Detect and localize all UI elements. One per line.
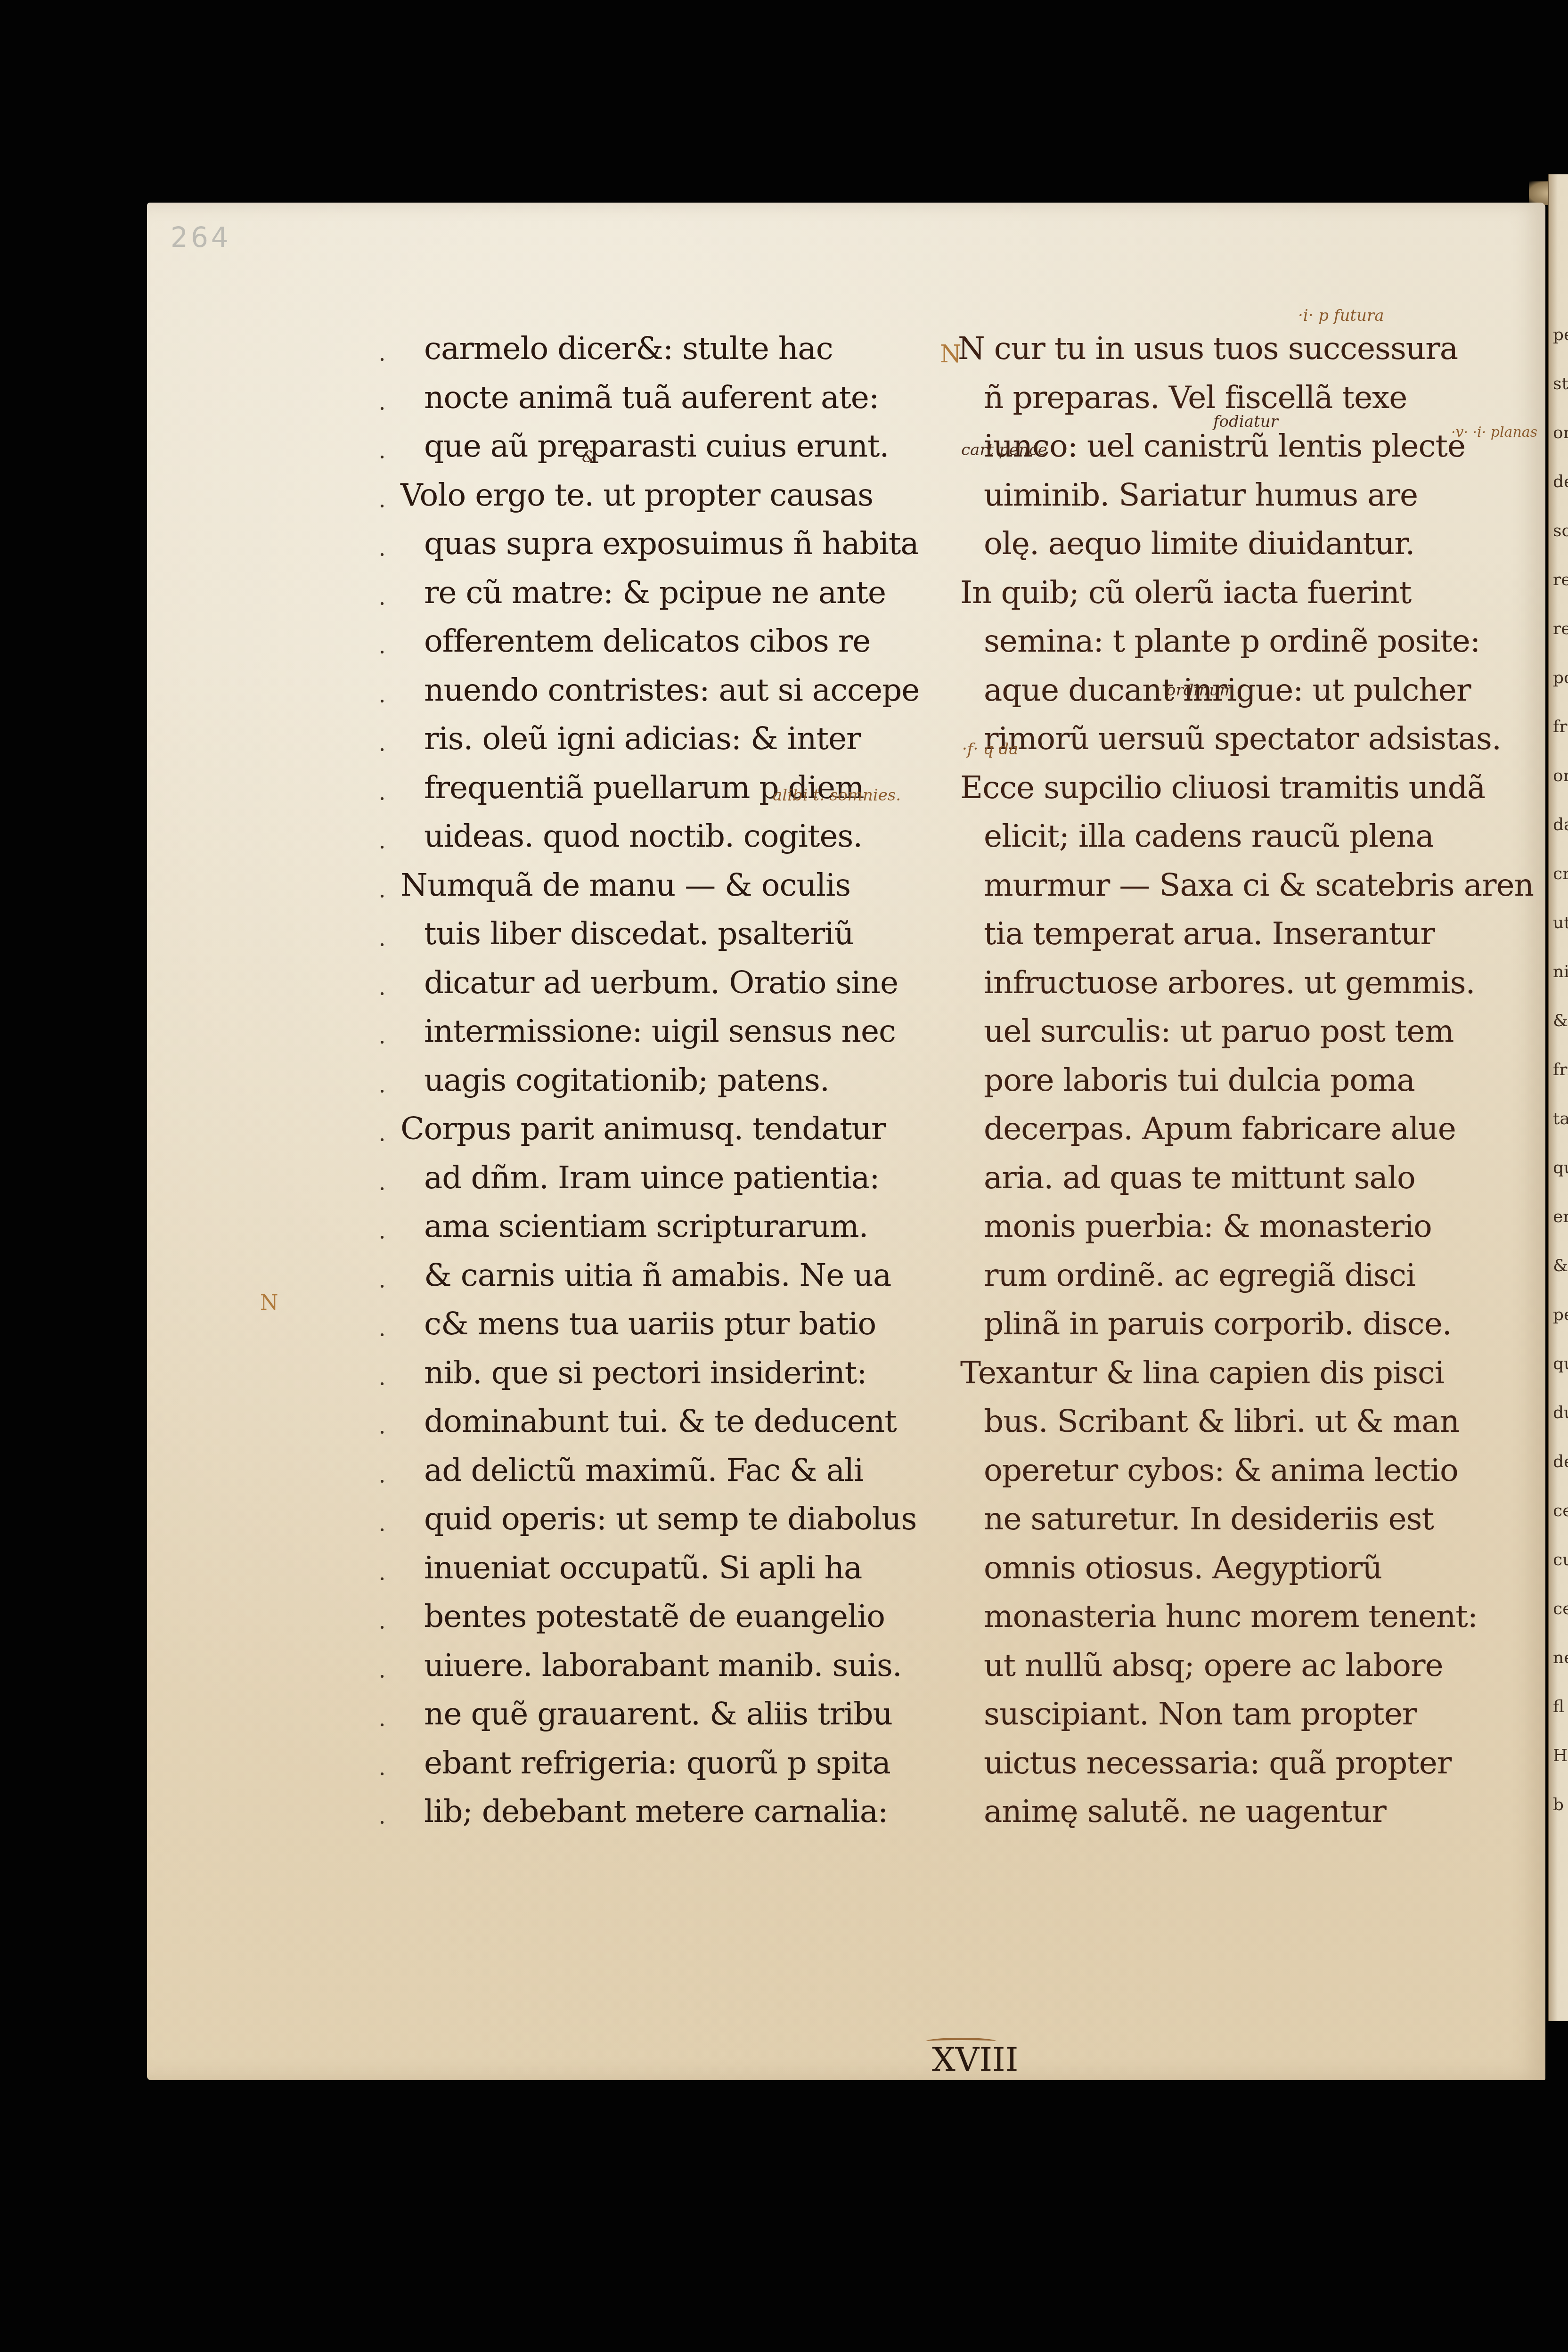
text-line: c& mens tua uariis ptur batio xyxy=(424,1305,876,1343)
text-line: uel surculis: ut paruo post tem xyxy=(984,1013,1454,1050)
pricking-mark xyxy=(381,553,384,556)
text-line: Ecce supcilio cliuosi tramitis undã xyxy=(960,769,1485,807)
pricking-mark xyxy=(381,456,384,458)
next-leaf-text-fragment: du xyxy=(1553,1403,1568,1422)
text-line: ama scientiam scripturarum. xyxy=(424,1208,868,1245)
text-line: ne saturetur. In desideriis est xyxy=(984,1500,1434,1538)
next-leaf-text-fragment: por xyxy=(1553,668,1568,687)
pricking-mark xyxy=(381,1675,384,1678)
text-line: murmur — Saxa ci & scatebris aren xyxy=(984,866,1534,904)
pricking-mark xyxy=(381,1528,384,1531)
text-line: Numquã de manu — & oculis xyxy=(400,866,850,904)
text-line: rimorũ uersuũ spectator adsistas. xyxy=(984,720,1501,758)
next-leaf-text-fragment: sta xyxy=(1553,374,1568,393)
next-leaf-text-fragment: fl xyxy=(1553,1697,1564,1716)
pricking-mark xyxy=(381,358,384,361)
text-line: Volo ergo te. ut propter causas xyxy=(400,476,873,514)
text-line: nocte animã tuã auferent ate: xyxy=(424,379,879,416)
text-line: iunco: uel canistrũ lentis plecte xyxy=(984,427,1465,465)
next-leaf-text-fragment: qui xyxy=(1553,1354,1568,1373)
quire-signature: XVIII xyxy=(932,2040,1018,2079)
text-line: uiuere. laborabant manib. suis. xyxy=(424,1647,902,1684)
text-line: elicit; illa cadens raucũ plena xyxy=(984,817,1434,855)
pricking-mark xyxy=(381,895,384,898)
next-leaf-text-fragment: de xyxy=(1553,1452,1568,1471)
next-leaf-text-fragment: fri xyxy=(1553,1060,1568,1079)
next-leaf-text-fragment: der xyxy=(1553,472,1568,491)
text-line: monis puerbia: & monasterio xyxy=(984,1208,1432,1245)
text-line: In quib; cũ olerũ iacta fuerint xyxy=(960,574,1411,612)
pricking-mark xyxy=(381,1382,384,1385)
pricking-mark xyxy=(381,602,384,605)
text-line: olę. aequo limite diuidantur. xyxy=(984,525,1415,563)
next-leaf-edge: pestaomdersolrenrenporfraonidarcreut pni… xyxy=(1548,174,1568,2021)
next-leaf-text-fragment: fra xyxy=(1553,717,1568,736)
text-line: decerpas. Apum fabricare alue xyxy=(984,1110,1456,1148)
text-line: monasteria hunc morem tenent: xyxy=(984,1598,1478,1635)
text-line: inueniat occupatũ. Si apli ha xyxy=(424,1549,862,1587)
next-leaf-text-fragment: ne xyxy=(1553,1648,1568,1667)
text-line: quas supra exposuimus ñ habita xyxy=(424,525,919,563)
pricking-mark xyxy=(381,943,384,946)
next-leaf-text-fragment: nis xyxy=(1553,962,1568,981)
pricking-mark xyxy=(381,748,384,751)
text-line: aria. ad quas te mittunt salo xyxy=(984,1159,1415,1197)
text-line: ut nullũ absq; opere ac labore xyxy=(984,1647,1443,1684)
next-leaf-text-fragment: dar xyxy=(1553,815,1568,834)
next-leaf-text-fragment: per xyxy=(1553,1305,1568,1324)
pricking-mark xyxy=(381,1333,384,1336)
text-line: dominabunt tui. & te deducent xyxy=(424,1403,897,1440)
text-line: omnis otiosus. Aegyptiorũ xyxy=(984,1549,1382,1587)
text-line: dicatur ad uerbum. Oratio sine xyxy=(424,964,898,1002)
pricking-mark xyxy=(381,700,384,702)
next-leaf-text-fragment: &le xyxy=(1553,1011,1568,1030)
text-line: & carnis uitia ñ amabis. Ne ua xyxy=(424,1257,891,1294)
pricking-mark xyxy=(381,1723,384,1726)
text-line: uiminib. Sariatur humus are xyxy=(984,476,1418,514)
pricking-mark xyxy=(381,1236,384,1239)
text-line: N cur tu in usus tuos successura xyxy=(958,330,1458,367)
next-leaf-text-fragment: &co xyxy=(1553,1256,1568,1275)
next-leaf-text-fragment: ren xyxy=(1553,619,1568,638)
text-line: lib; debebant metere carnalia: xyxy=(424,1793,888,1830)
text-line: tuis liber discedat. psalteriũ xyxy=(424,915,854,953)
next-leaf-text-fragment: cre xyxy=(1553,864,1568,883)
text-line: pore laboris tui dulcia poma xyxy=(984,1062,1415,1099)
text-line: quid operis: ut semp te diabolus xyxy=(424,1500,916,1538)
text-line: uideas. quod noctib. cogites. xyxy=(424,817,862,855)
pricking-mark xyxy=(381,992,384,995)
pricking-mark xyxy=(381,1041,384,1044)
text-line: Texantur & lina capien dis pisci xyxy=(960,1354,1444,1392)
text-line: operetur cybos: & anima lectio xyxy=(984,1452,1458,1489)
pricking-mark xyxy=(381,1138,384,1141)
text-line: bus. Scribant & libri. ut & man xyxy=(984,1403,1459,1440)
pricking-mark xyxy=(381,797,384,800)
pricking-mark xyxy=(381,1626,384,1629)
text-line: ad delictũ maximũ. Fac & ali xyxy=(424,1452,863,1489)
next-leaf-text-fragment: Hu xyxy=(1553,1746,1568,1765)
text-line: plinã in paruis corporib. disce. xyxy=(984,1305,1452,1343)
pricking-mark xyxy=(381,1577,384,1580)
interlinear-gloss: ·f· q da xyxy=(962,740,1019,759)
text-line: carmelo dicer&: stulte hac xyxy=(424,330,833,367)
nota-initial-mark: N xyxy=(940,340,962,368)
pricking-mark xyxy=(381,1090,384,1093)
pencil-foliation: 264 xyxy=(171,221,231,253)
text-line: que aũ preparasti cuius erunt. xyxy=(424,427,889,465)
text-line: ne quẽ grauarent. & aliis tribu xyxy=(424,1695,892,1733)
text-line: ris. oleũ igni adicias: & inter xyxy=(424,720,861,758)
text-line: infructuose arbores. ut gemmis. xyxy=(984,964,1475,1002)
interlinear-gloss: & xyxy=(582,448,596,466)
text-line: nuendo contristes: aut si accepe xyxy=(424,671,919,709)
next-leaf-text-fragment: ut p xyxy=(1553,913,1568,932)
pricking-mark xyxy=(381,1187,384,1190)
text-line: rum ordinẽ. ac egregiã disci xyxy=(984,1257,1415,1294)
pricking-mark xyxy=(381,1821,384,1824)
interlinear-gloss: alibi t. somnies. xyxy=(773,786,901,805)
text-line: offerentem delicatos cibos re xyxy=(424,622,870,660)
text-line: tia temperat arua. Inserantur xyxy=(984,915,1435,953)
text-line: uictus necessaria: quã propter xyxy=(984,1744,1451,1782)
pricking-mark xyxy=(381,1431,384,1434)
next-leaf-text-fragment: tar xyxy=(1553,1109,1568,1128)
interlinear-gloss: ·i· p futura xyxy=(1298,306,1384,325)
text-line: animę salutẽ. ne uagentur xyxy=(984,1793,1386,1830)
text-line: semina: t plante p ordinẽ posite: xyxy=(984,622,1480,660)
text-line: nib. que si pectori insiderint: xyxy=(424,1354,867,1392)
margin-nota-mark: N xyxy=(260,1291,278,1315)
text-line: intermissione: uigil sensus nec xyxy=(424,1013,896,1050)
next-leaf-text-fragment: cer xyxy=(1553,1599,1568,1618)
next-leaf-text-fragment: ren xyxy=(1553,570,1568,589)
margin-gloss: ·v· ·i· planas xyxy=(1451,424,1537,441)
next-leaf-text-fragment: ens xyxy=(1553,1207,1568,1226)
interlinear-gloss: fodiatur xyxy=(1213,412,1278,431)
text-line: uagis cogitationib; patens. xyxy=(424,1062,829,1099)
next-leaf-text-fragment: om xyxy=(1553,423,1568,442)
pricking-mark xyxy=(381,846,384,849)
text-line: ebant refrigeria: quorũ p spita xyxy=(424,1744,890,1782)
next-leaf-text-fragment: pe xyxy=(1553,325,1568,344)
next-leaf-text-fragment: qui xyxy=(1553,1158,1568,1177)
text-line: ad dñm. Iram uince patientia: xyxy=(424,1159,880,1197)
pricking-mark xyxy=(381,1772,384,1775)
text-line: bentes potestatẽ de euangelio xyxy=(424,1598,885,1635)
pricking-mark xyxy=(381,407,384,410)
text-line: suscipiant. Non tam propter xyxy=(984,1695,1416,1733)
interlinear-gloss: ordinum xyxy=(1166,681,1234,700)
pricking-mark xyxy=(381,651,384,653)
next-leaf-text-fragment: cer xyxy=(1553,1501,1568,1520)
next-leaf-text-fragment: b xyxy=(1553,1795,1564,1814)
pricking-mark xyxy=(381,1480,384,1483)
next-leaf-text-fragment: sol xyxy=(1553,521,1568,540)
pricking-mark xyxy=(381,1285,384,1288)
text-line: ñ preparas. Vel fiscellã texe xyxy=(984,379,1407,416)
interlinear-gloss: cart pence xyxy=(961,441,1047,459)
next-leaf-text-fragment: oni xyxy=(1553,766,1568,785)
text-line: Corpus parit animusq. tendatur xyxy=(400,1110,886,1148)
pricking-mark xyxy=(381,505,384,507)
text-line: re cũ matre: & pcipue ne ante xyxy=(424,574,886,612)
next-leaf-text-fragment: cu in xyxy=(1553,1550,1568,1569)
